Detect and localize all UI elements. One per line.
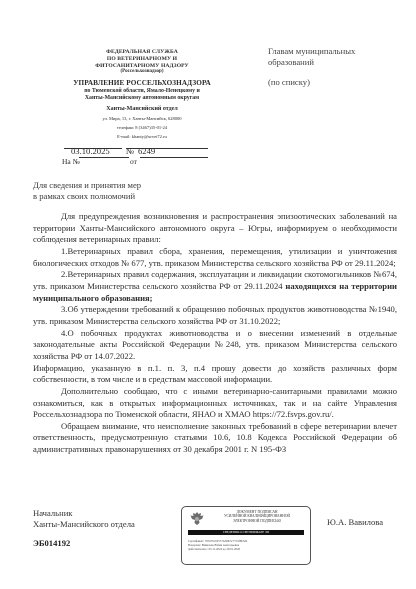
rule-item-2: 2.Ветеринарных правил содержания, эксплу… <box>33 269 397 304</box>
addressee-block: Главам муниципальных образований (по спи… <box>268 46 408 88</box>
electronic-signature-stamp: ДОКУМЕНТ ПОДПИСАН УСИЛЕННОЙ КВАЛИФИЦИРОВ… <box>181 506 311 565</box>
registration-date: 03.10.2025 <box>71 147 110 156</box>
service-name-line: ПО ВЕТЕРИНАРНОМУ И <box>62 56 222 63</box>
document-code: ЭБ014192 <box>33 538 70 548</box>
certificate-validity: Действителен с 05.11.2024 до 29.01.2026 <box>188 547 306 551</box>
position-line: Начальник <box>33 508 135 519</box>
contact-email: E-mail: khanty@urvet72.ru <box>62 134 222 140</box>
ref-from-label: от <box>130 157 137 166</box>
stamp-header: ДОКУМЕНТ ПОДПИСАН УСИЛЕННОЙ КВАЛИФИЦИРОВ… <box>208 510 306 523</box>
intro-line: в рамках своих полномочий <box>33 191 141 202</box>
paragraph-info: Информацию, указанную в п.1. п. 3, п.4 п… <box>33 363 397 386</box>
contact-phone: телефакс 8 (3467)35-01-24 <box>62 125 222 131</box>
service-name-line: ФЕДЕРАЛЬНАЯ СЛУЖБА <box>62 49 222 56</box>
office-name: Ханты-Мансийский отдел <box>62 105 222 113</box>
paragraph-intro: Для предупреждения возникновения и распр… <box>33 211 397 246</box>
rule-item-3: 3.Об утверждении требований к обращению … <box>33 304 397 327</box>
intro-line: Для сведения и принятия мер <box>33 180 141 191</box>
service-short-name: (Россельхознадзор) <box>62 69 222 76</box>
paragraph-additional: Дополнительно сообщаю, что с иными ветер… <box>33 386 397 421</box>
addressee-note: (по списку) <box>268 77 408 88</box>
addressee-line: Главам муниципальных <box>268 46 408 57</box>
rule-item-4: 4.О побочных продуктах животноводства и … <box>33 328 397 363</box>
coat-of-arms-icon <box>189 511 205 526</box>
paragraph-warning: Обращаем внимание, что неисполнение зако… <box>33 421 397 456</box>
region-line: Ханты-Мансийскому автономным округам <box>62 95 222 102</box>
contact-address: ул. Мира, 13, г. Ханты-Мансийск, 628000 <box>62 116 222 122</box>
certificate-details: Сертификат: 763276c02577be90b5c7719f8b5a… <box>188 539 306 552</box>
addressee-line: образований <box>268 57 408 68</box>
signatory-position: Начальник Ханты-Мансийского отдела <box>33 508 135 530</box>
department-name: УПРАВЛЕНИЕ РОССЕЛЬХОЗНАДЗОРА <box>62 79 222 88</box>
region-line: по Тюменской области, Ямало-Ненецкому и <box>62 88 222 95</box>
registration-block: 03.10.2025 № 6249 На № от <box>62 148 222 166</box>
stamp-header-line: ЭЛЕКТРОННОЙ ПОДПИСЬЮ <box>208 519 306 523</box>
letterhead: ФЕДЕРАЛЬНАЯ СЛУЖБА ПО ВЕТЕРИНАРНОМУ И ФИ… <box>62 49 222 139</box>
ref-number-label: На № <box>62 157 80 166</box>
letter-body: Для предупреждения возникновения и распр… <box>33 211 397 456</box>
certificate-info-bar: СВЕДЕНИЯ О СЕРТИФИКАТЕ ЭП <box>188 530 304 535</box>
service-name-line: ФИТОСАНИТАРНОМУ НАДЗОРУ <box>62 63 222 70</box>
position-line: Ханты-Мансийского отдела <box>33 519 135 530</box>
intro-block: Для сведения и принятия мер в рамках сво… <box>33 180 141 201</box>
rule-item-1: 1.Ветеринарных правил сбора, хранения, п… <box>33 246 397 269</box>
signatory-name: Ю.А. Вавилова <box>327 517 383 527</box>
